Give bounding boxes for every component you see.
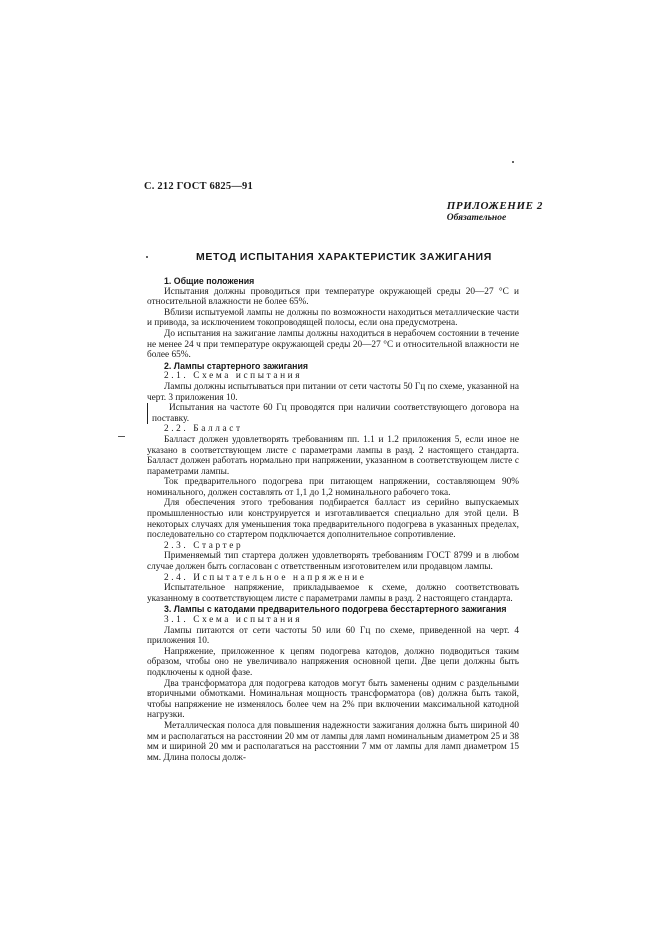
appendix-label-block: ПРИЛОЖЕНИЕ 2 Обязательное (447, 200, 543, 223)
subsection-3-1-heading: 3.1. Схема испытания (147, 615, 519, 626)
paragraph: Балласт должен удовлетворять требованиям… (147, 435, 519, 477)
scan-speck (512, 161, 514, 163)
section-1-heading: 1. Общие положения (147, 276, 519, 287)
section-2-heading: 2. Лампы стартерного зажигания (147, 361, 519, 372)
document-title: МЕТОД ИСПЫТАНИЯ ХАРАКТЕРИСТИК ЗАЖИГАНИЯ (196, 251, 492, 263)
document-body: 1. Общие положения Испытания должны пров… (147, 276, 519, 763)
paragraph: Лампы питаются от сети частоты 50 или 60… (147, 626, 519, 647)
paragraph: Напряжение, приложенное к цепям подогрев… (147, 647, 519, 679)
paragraph: Для обеспечения этого требования подбира… (147, 498, 519, 540)
paragraph-change-marked: Испытания на частоте 60 Гц проводятся пр… (147, 403, 519, 424)
subsection-2-4-heading: 2.4. Испытательное напряжение (147, 573, 519, 584)
paragraph: Испытательное напряжение, прикладываемое… (147, 583, 519, 604)
subsection-2-3-heading: 2.3. Стартер (147, 541, 519, 552)
paragraph: Применяемый тип стартера должен удовлетв… (147, 551, 519, 572)
subsection-2-2-heading: 2.2. Балласт (147, 424, 519, 435)
section-3-heading: 3. Лампы с катодами предварительного под… (147, 604, 519, 615)
page-header: С. 212 ГОСТ 6825—91 (144, 181, 253, 192)
paragraph: Испытания должны проводиться при темпера… (147, 287, 519, 308)
paragraph: Два трансформатора для подогрева катодов… (147, 679, 519, 721)
scan-speck (146, 256, 148, 258)
scan-mark (118, 436, 125, 437)
subsection-2-1-heading: 2.1. Схема испытания (147, 371, 519, 382)
paragraph: Металлическая полоса для повышения надеж… (147, 721, 519, 763)
paragraph: До испытания на зажигание лампы должны н… (147, 329, 519, 361)
paragraph: Лампы должны испытываться при питании от… (147, 382, 519, 403)
paragraph: Ток предварительного подогрева при питаю… (147, 477, 519, 498)
appendix-number: ПРИЛОЖЕНИЕ 2 (447, 200, 543, 212)
paragraph: Вблизи испытуемой лампы не должны по воз… (147, 308, 519, 329)
appendix-status: Обязательное (447, 213, 543, 223)
